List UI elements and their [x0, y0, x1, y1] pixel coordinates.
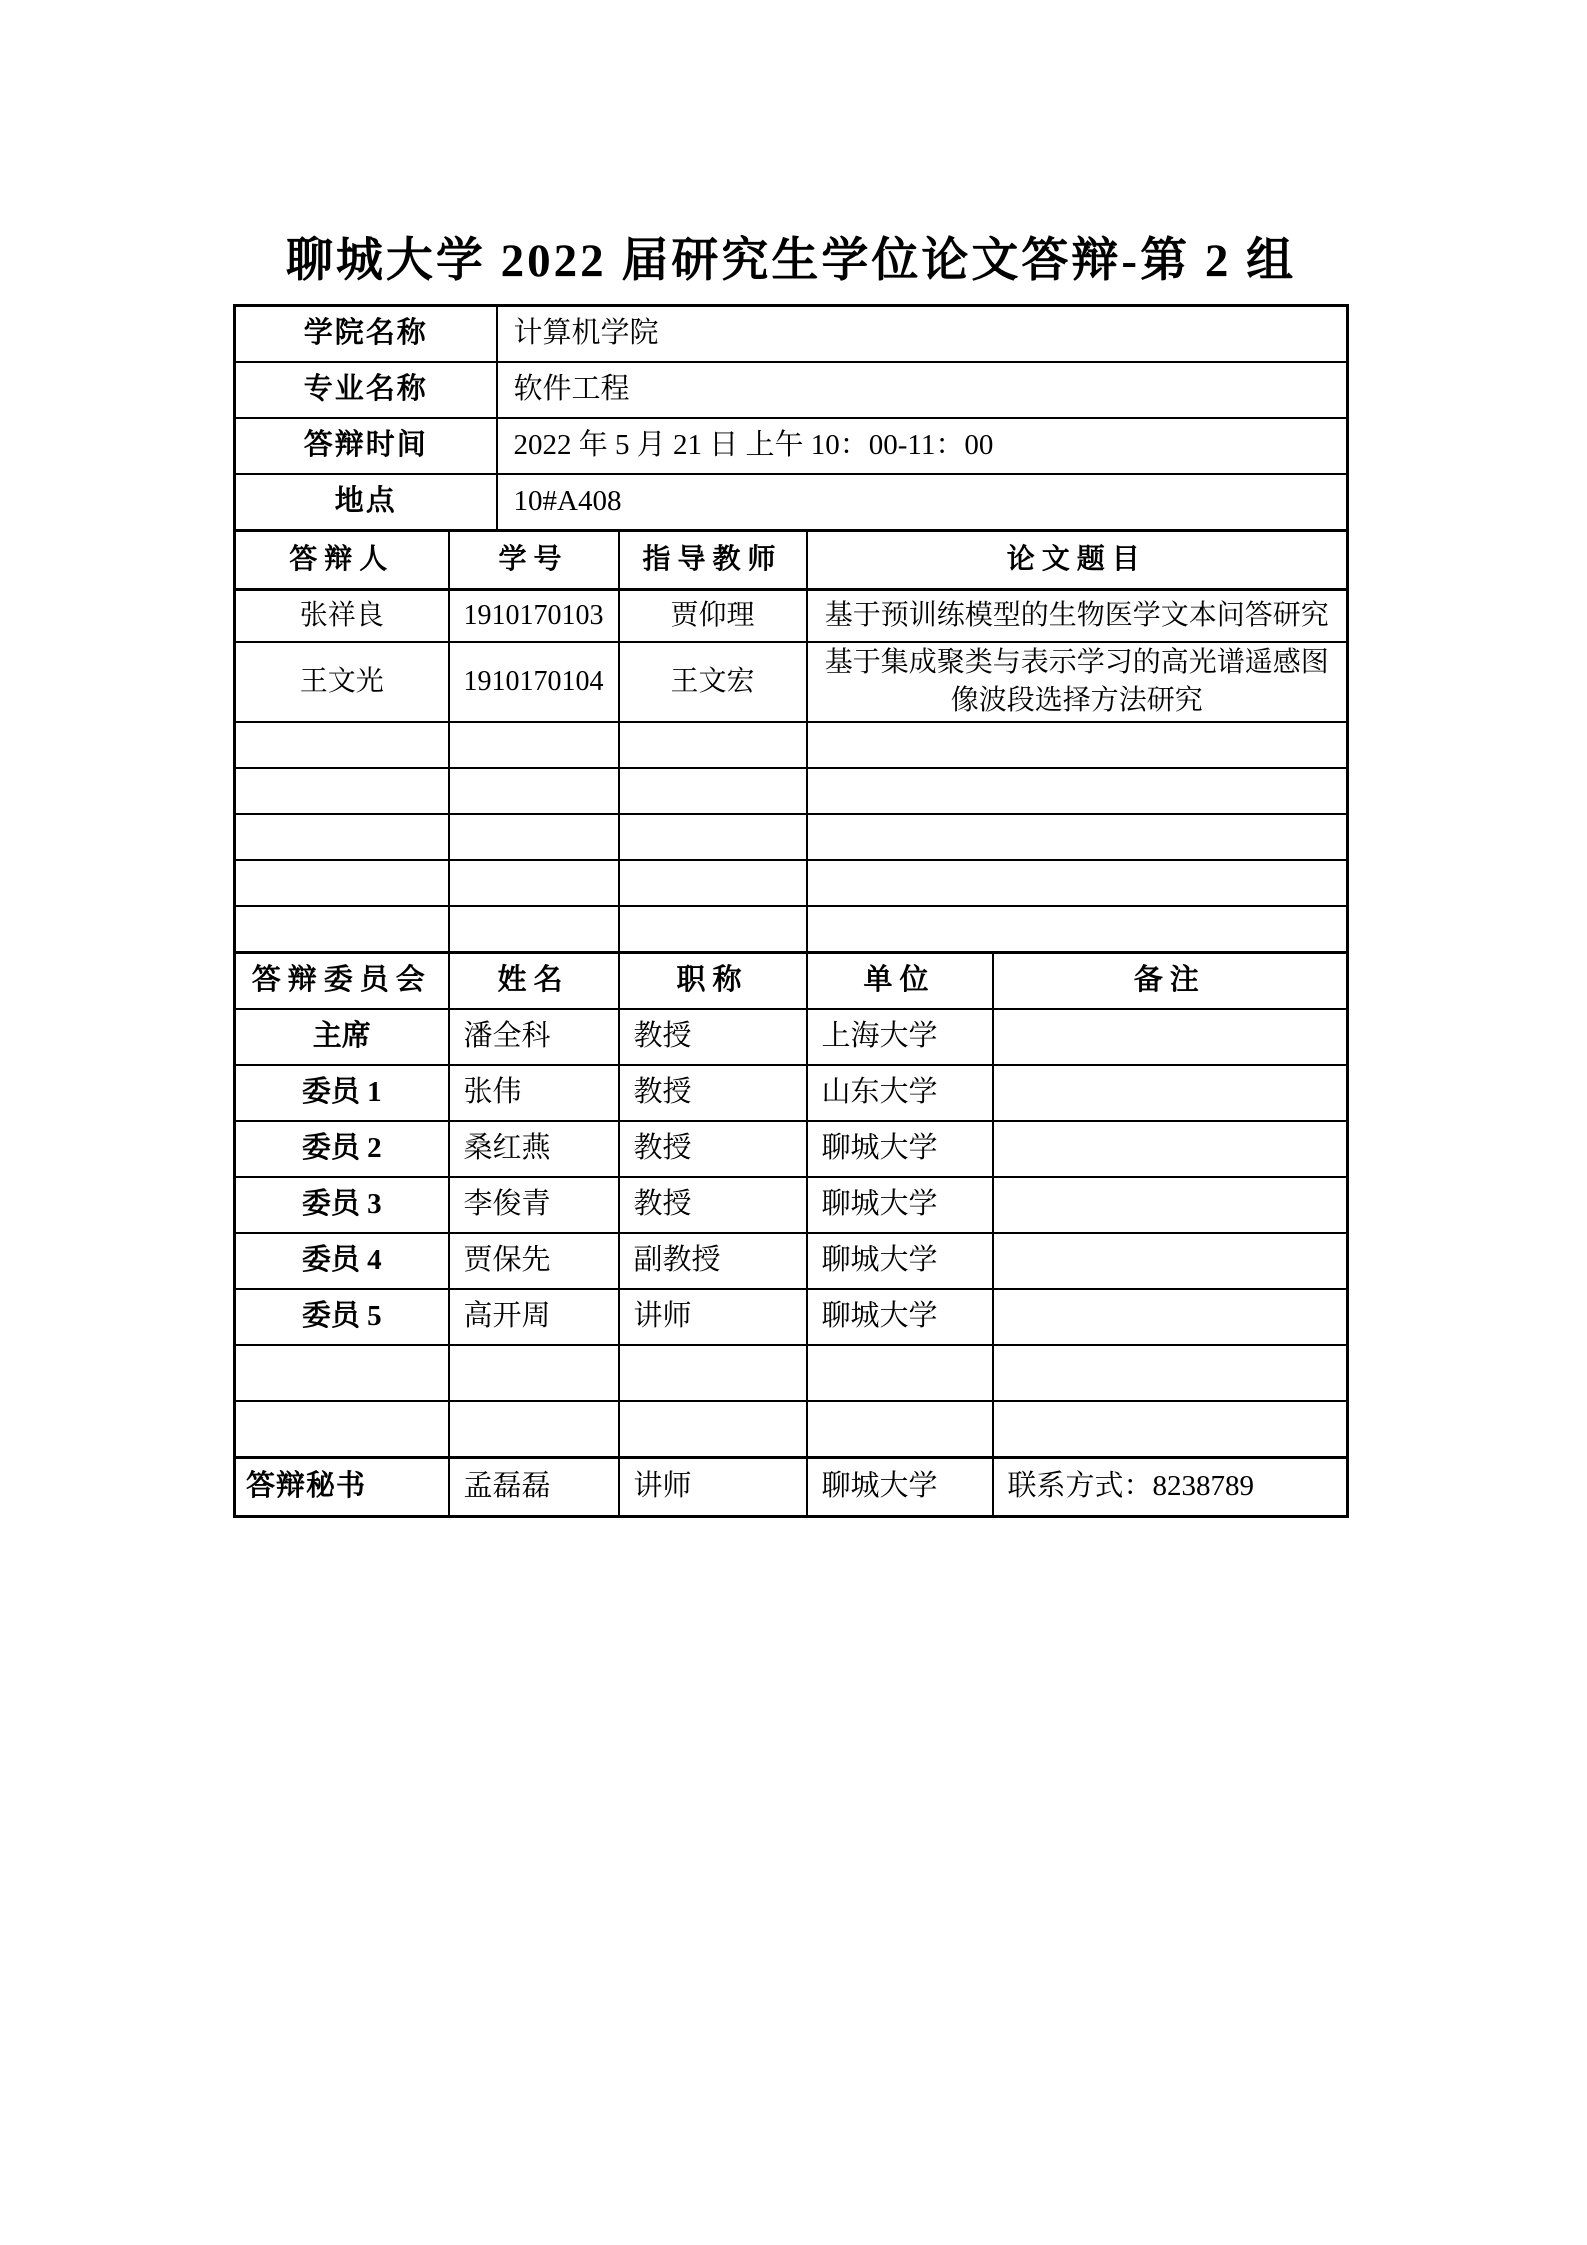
- committee-row-member-1: 委员 1 张伟 教授 山东大学: [235, 1065, 1348, 1121]
- empty-cell: [449, 860, 619, 906]
- member-role: 委员 5: [235, 1289, 449, 1345]
- member-title: 教授: [619, 1121, 807, 1177]
- empty-cell: [235, 1345, 449, 1401]
- candidate-empty-row: [235, 860, 1348, 906]
- committee-row-member-2: 委员 2 桑红燕 教授 聊城大学: [235, 1121, 1348, 1177]
- candidate-advisor: 王文宏: [619, 642, 807, 722]
- candidate-name: 张祥良: [235, 590, 449, 643]
- info-value-major: 软件工程: [497, 362, 1348, 418]
- info-row-time: 答辩时间 2022 年 5 月 21 日 上午 10：00-11：00: [235, 418, 1348, 474]
- member-role: 委员 4: [235, 1233, 449, 1289]
- secretary-name: 孟磊磊: [449, 1458, 619, 1517]
- committee-empty-row: [235, 1401, 1348, 1456]
- candidate-empty-row: [235, 814, 1348, 860]
- candidates-header-row: 答辩人 学号 指导教师 论文题目: [235, 531, 1348, 590]
- info-value-college: 计算机学院: [497, 306, 1348, 363]
- empty-cell: [807, 768, 1348, 814]
- secretary-title: 讲师: [619, 1458, 807, 1517]
- candidate-student-id: 1910170103: [449, 590, 619, 643]
- empty-cell: [449, 1345, 619, 1401]
- committee-row-member-3: 委员 3 李俊青 教授 聊城大学: [235, 1177, 1348, 1233]
- member-name: 张伟: [449, 1065, 619, 1121]
- member-remark: [993, 1121, 1348, 1177]
- candidate-row: 张祥良 1910170103 贾仰理 基于预训练模型的生物医学文本问答研究: [235, 590, 1348, 643]
- member-remark: [993, 1233, 1348, 1289]
- member-role: 委员 3: [235, 1177, 449, 1233]
- committee-header-row: 答辩委员会 姓名 职称 单位 备注: [235, 953, 1348, 1010]
- member-remark: [993, 1009, 1348, 1065]
- candidate-row: 王文光 1910170104 王文宏 基于集成聚类与表示学习的高光谱遥感图像波段…: [235, 642, 1348, 722]
- candidate-student-id: 1910170104: [449, 642, 619, 722]
- empty-cell: [807, 722, 1348, 768]
- info-table: 学院名称 计算机学院 专业名称 软件工程 答辩时间 2022 年 5 月 21 …: [233, 304, 1349, 529]
- header-organization: 单位: [807, 953, 993, 1010]
- member-name: 高开周: [449, 1289, 619, 1345]
- empty-cell: [619, 1345, 807, 1401]
- secretary-organization: 聊城大学: [807, 1458, 993, 1517]
- empty-cell: [235, 860, 449, 906]
- empty-cell: [449, 722, 619, 768]
- empty-cell: [235, 1401, 449, 1456]
- info-value-location: 10#A408: [497, 474, 1348, 529]
- member-organization: 聊城大学: [807, 1233, 993, 1289]
- info-value-time: 2022 年 5 月 21 日 上午 10：00-11：00: [497, 418, 1348, 474]
- committee-row-chair: 主席 潘全科 教授 上海大学: [235, 1009, 1348, 1065]
- defense-schedule-table: 学院名称 计算机学院 专业名称 软件工程 答辩时间 2022 年 5 月 21 …: [233, 304, 1349, 1518]
- info-label-location: 地点: [235, 474, 497, 529]
- candidate-thesis: 基于集成聚类与表示学习的高光谱遥感图像波段选择方法研究: [807, 642, 1348, 722]
- member-title: 教授: [619, 1009, 807, 1065]
- info-label-time: 答辩时间: [235, 418, 497, 474]
- info-row-major: 专业名称 软件工程: [235, 362, 1348, 418]
- candidate-empty-row: [235, 768, 1348, 814]
- member-title: 教授: [619, 1065, 807, 1121]
- secretary-table: 答辩秘书 孟磊磊 讲师 聊城大学 联系方式：8238789: [233, 1456, 1349, 1518]
- secretary-contact: 联系方式：8238789: [993, 1458, 1348, 1517]
- header-title: 职称: [619, 953, 807, 1010]
- empty-cell: [235, 906, 449, 951]
- candidate-advisor: 贾仰理: [619, 590, 807, 643]
- empty-cell: [807, 906, 1348, 951]
- committee-empty-row: [235, 1345, 1348, 1401]
- header-thesis-title: 论文题目: [807, 531, 1348, 590]
- empty-cell: [619, 906, 807, 951]
- empty-cell: [993, 1401, 1348, 1456]
- empty-cell: [619, 1401, 807, 1456]
- empty-cell: [807, 1345, 993, 1401]
- member-name: 桑红燕: [449, 1121, 619, 1177]
- header-advisor: 指导教师: [619, 531, 807, 590]
- empty-cell: [235, 768, 449, 814]
- empty-cell: [619, 814, 807, 860]
- committee-row-member-4: 委员 4 贾保先 副教授 聊城大学: [235, 1233, 1348, 1289]
- empty-cell: [235, 722, 449, 768]
- candidate-empty-row: [235, 906, 1348, 951]
- empty-cell: [807, 1401, 993, 1456]
- candidate-name: 王文光: [235, 642, 449, 722]
- document-page: 聊城大学 2022 届研究生学位论文答辩-第 2 组 学院名称 计算机学院 专业…: [0, 0, 1587, 2245]
- empty-cell: [993, 1345, 1348, 1401]
- empty-cell: [619, 860, 807, 906]
- header-committee: 答辩委员会: [235, 953, 449, 1010]
- member-name: 李俊青: [449, 1177, 619, 1233]
- member-organization: 上海大学: [807, 1009, 993, 1065]
- header-name: 姓名: [449, 953, 619, 1010]
- member-role: 委员 2: [235, 1121, 449, 1177]
- empty-cell: [449, 1401, 619, 1456]
- header-person: 答辩人: [235, 531, 449, 590]
- member-name: 贾保先: [449, 1233, 619, 1289]
- candidate-thesis: 基于预训练模型的生物医学文本问答研究: [807, 590, 1348, 643]
- page-title: 聊城大学 2022 届研究生学位论文答辩-第 2 组: [233, 234, 1349, 288]
- empty-cell: [619, 768, 807, 814]
- info-label-major: 专业名称: [235, 362, 497, 418]
- committee-row-member-5: 委员 5 高开周 讲师 聊城大学: [235, 1289, 1348, 1345]
- document-content: 聊城大学 2022 届研究生学位论文答辩-第 2 组 学院名称 计算机学院 专业…: [233, 234, 1349, 1518]
- empty-cell: [449, 814, 619, 860]
- info-row-location: 地点 10#A408: [235, 474, 1348, 529]
- member-remark: [993, 1177, 1348, 1233]
- member-remark: [993, 1065, 1348, 1121]
- secretary-row: 答辩秘书 孟磊磊 讲师 聊城大学 联系方式：8238789: [235, 1458, 1348, 1517]
- member-title: 副教授: [619, 1233, 807, 1289]
- empty-cell: [807, 814, 1348, 860]
- member-name: 潘全科: [449, 1009, 619, 1065]
- empty-cell: [449, 906, 619, 951]
- member-organization: 山东大学: [807, 1065, 993, 1121]
- header-student-id: 学号: [449, 531, 619, 590]
- candidates-table: 答辩人 学号 指导教师 论文题目 张祥良 1910170103 贾仰理 基于预训…: [233, 529, 1349, 951]
- secretary-label: 答辩秘书: [235, 1458, 449, 1517]
- member-title: 教授: [619, 1177, 807, 1233]
- member-organization: 聊城大学: [807, 1121, 993, 1177]
- member-organization: 聊城大学: [807, 1289, 993, 1345]
- candidate-empty-row: [235, 722, 1348, 768]
- member-role: 委员 1: [235, 1065, 449, 1121]
- info-row-college: 学院名称 计算机学院: [235, 306, 1348, 363]
- member-title: 讲师: [619, 1289, 807, 1345]
- empty-cell: [619, 722, 807, 768]
- member-organization: 聊城大学: [807, 1177, 993, 1233]
- empty-cell: [449, 768, 619, 814]
- committee-table: 答辩委员会 姓名 职称 单位 备注 主席 潘全科 教授 上海大学 委员 1 张伟…: [233, 951, 1349, 1456]
- header-remark: 备注: [993, 953, 1348, 1010]
- empty-cell: [235, 814, 449, 860]
- info-label-college: 学院名称: [235, 306, 497, 363]
- member-remark: [993, 1289, 1348, 1345]
- member-role: 主席: [235, 1009, 449, 1065]
- empty-cell: [807, 860, 1348, 906]
